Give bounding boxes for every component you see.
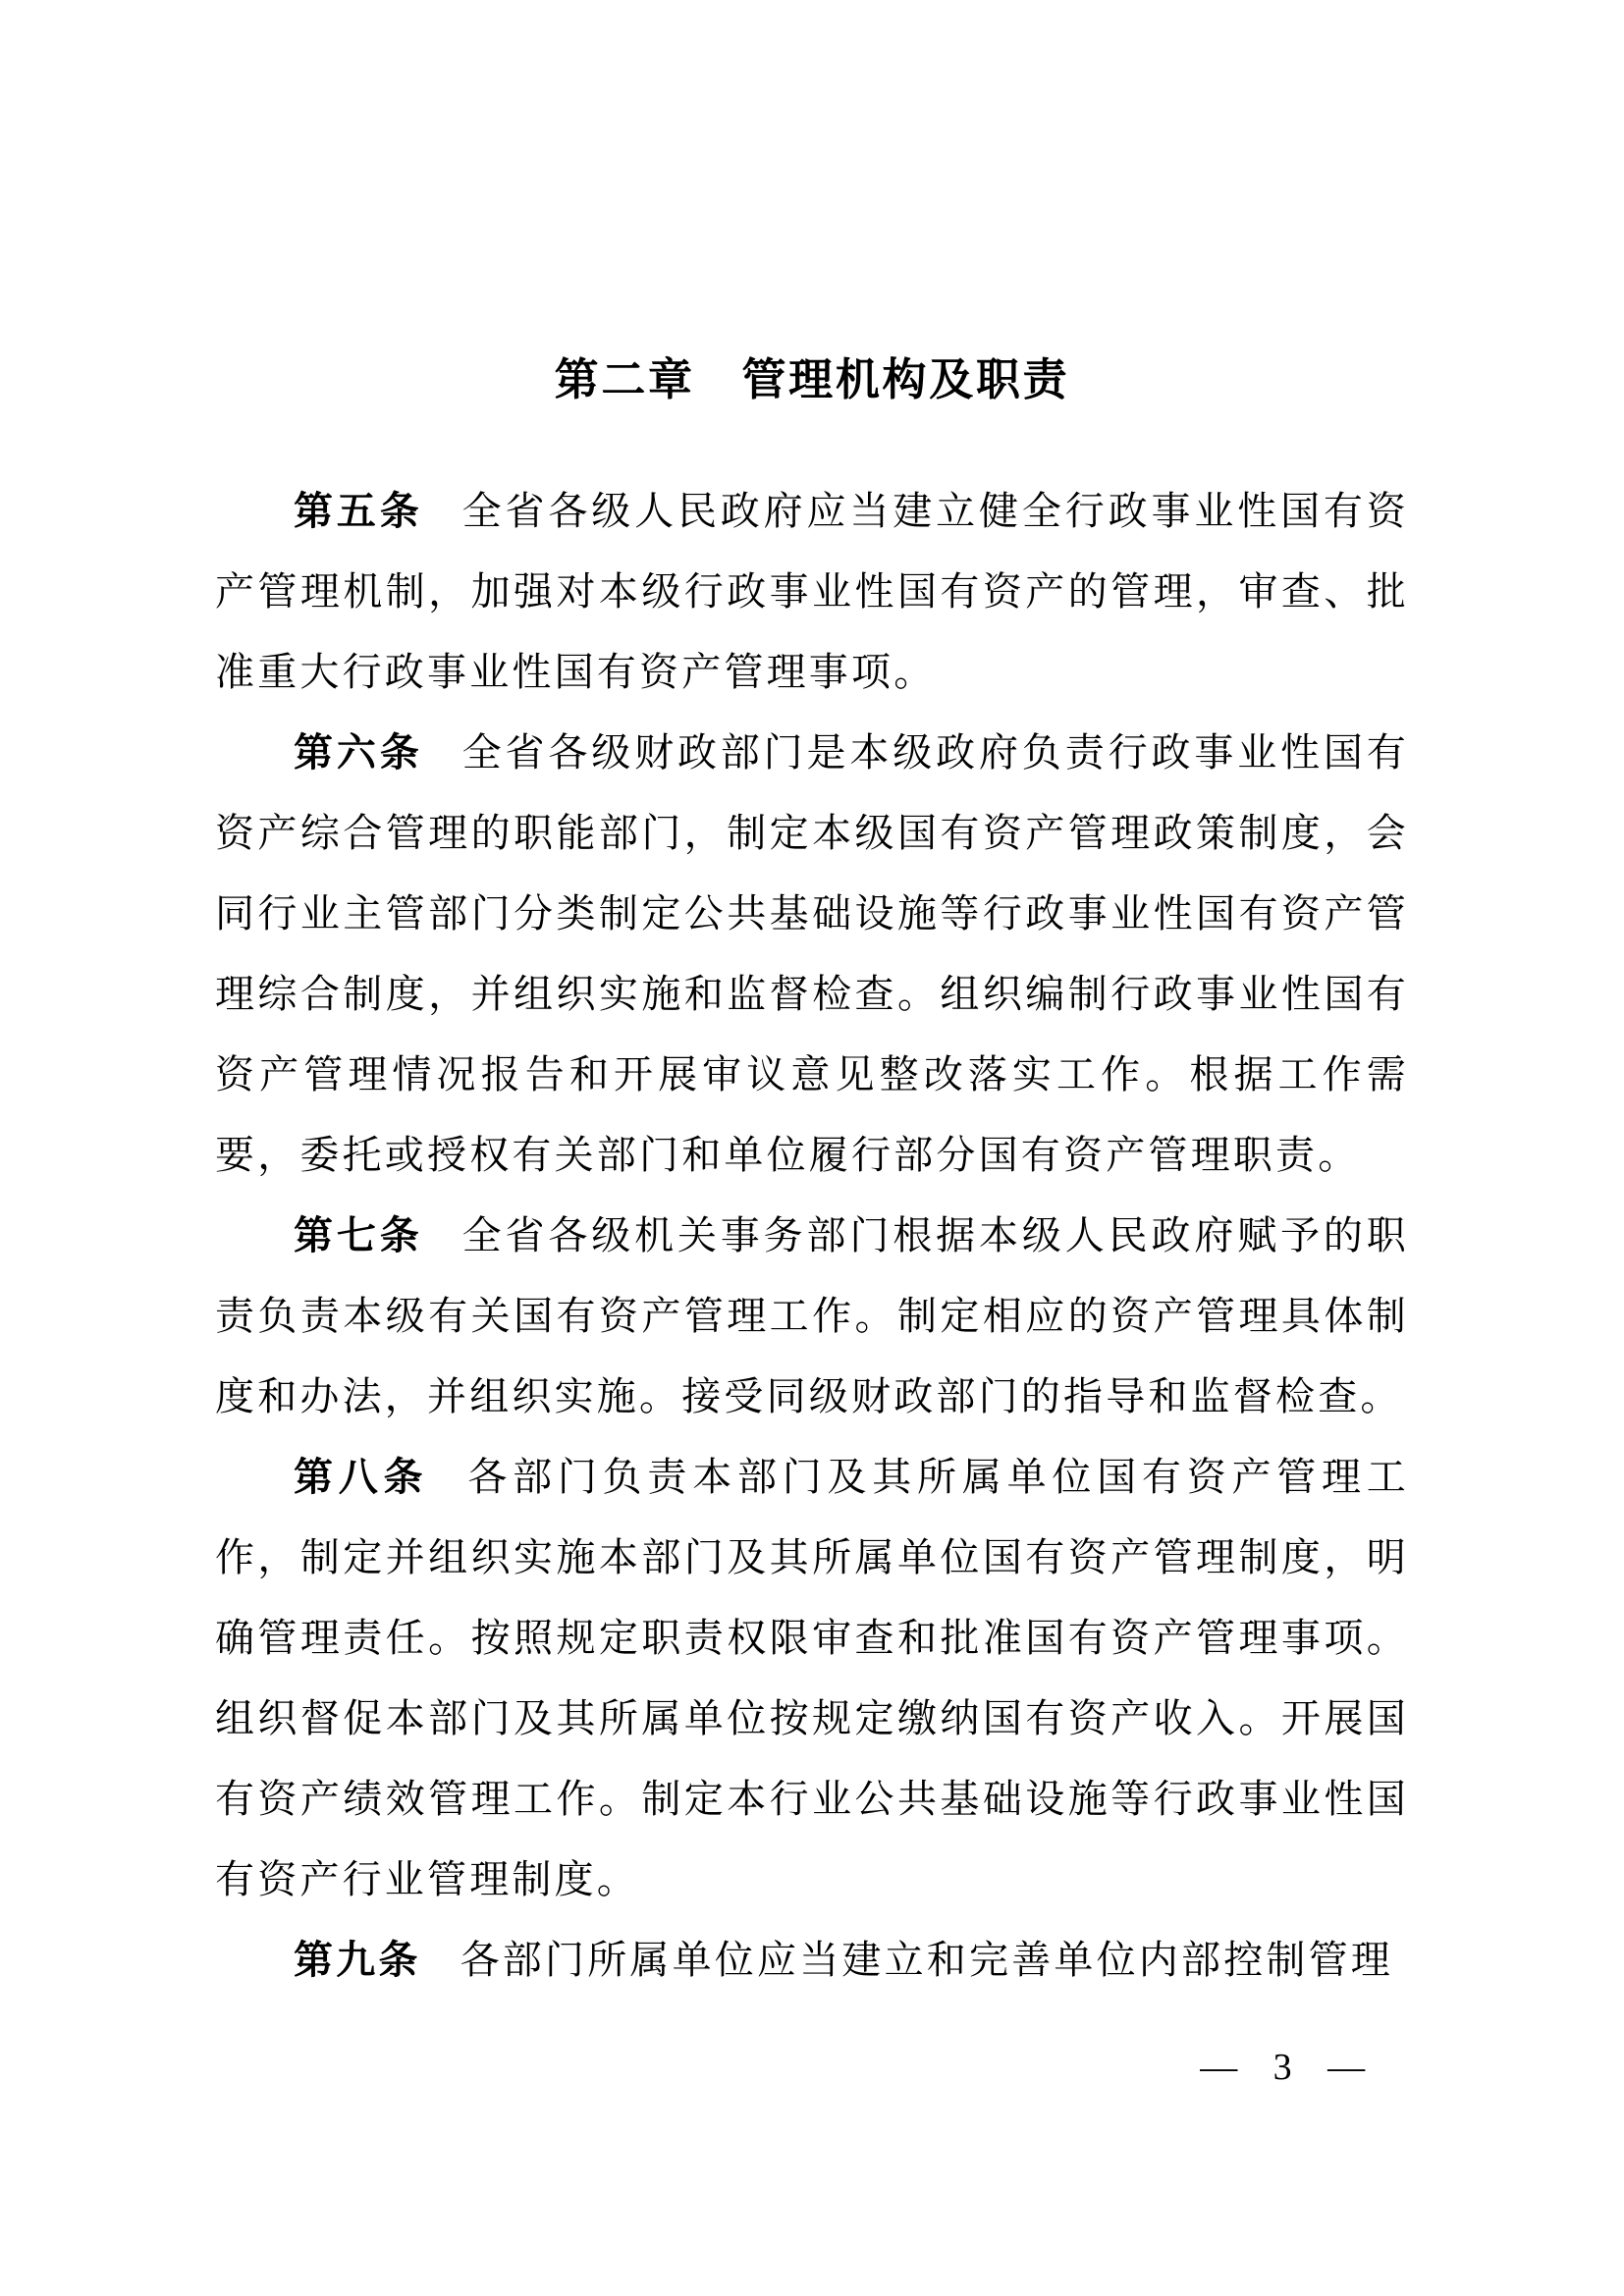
chapter-title: 第二章 管理机构及职责	[215, 358, 1409, 402]
article-paragraph: 第八条各部门负责本部门及其所属单位国有资产管理工作，制定并组织实施本部门及其所属…	[215, 1437, 1409, 1920]
document-body: 第五条全省各级人民政府应当建立健全行政事业性国有资产管理机制，加强对本级行政事业…	[215, 471, 1409, 2001]
article-text: 各部门所属单位应当建立和完善单位内部控制管理	[460, 1938, 1393, 1982]
article-label: 第六条	[294, 730, 423, 774]
article-label: 第五条	[294, 489, 423, 533]
article-paragraph: 第九条各部门所属单位应当建立和完善单位内部控制管理	[215, 1920, 1409, 2001]
page-number: — 3 —	[1200, 2049, 1372, 2086]
article-label: 第九条	[294, 1938, 421, 1982]
article-label: 第八条	[294, 1455, 428, 1499]
article-paragraph: 第五条全省各级人民政府应当建立健全行政事业性国有资产管理机制，加强对本级行政事业…	[215, 471, 1409, 713]
article-text: 全省各级财政部门是本级政府负责行政事业性国有资产综合管理的职能部门，制定本级国有…	[215, 730, 1409, 1177]
document-page: 第二章 管理机构及职责 第五条全省各级人民政府应当建立健全行政事业性国有资产管理…	[0, 0, 1624, 2296]
article-paragraph: 第六条全省各级财政部门是本级政府负责行政事业性国有资产综合管理的职能部门，制定本…	[215, 713, 1409, 1196]
article-label: 第七条	[294, 1213, 423, 1257]
article-text: 各部门负责本部门及其所属单位国有资产管理工作，制定并组织实施本部门及其所属单位国…	[215, 1455, 1409, 1901]
article-paragraph: 第七条全省各级机关事务部门根据本级人民政府赋予的职责负责本级有关国有资产管理工作…	[215, 1196, 1409, 1437]
